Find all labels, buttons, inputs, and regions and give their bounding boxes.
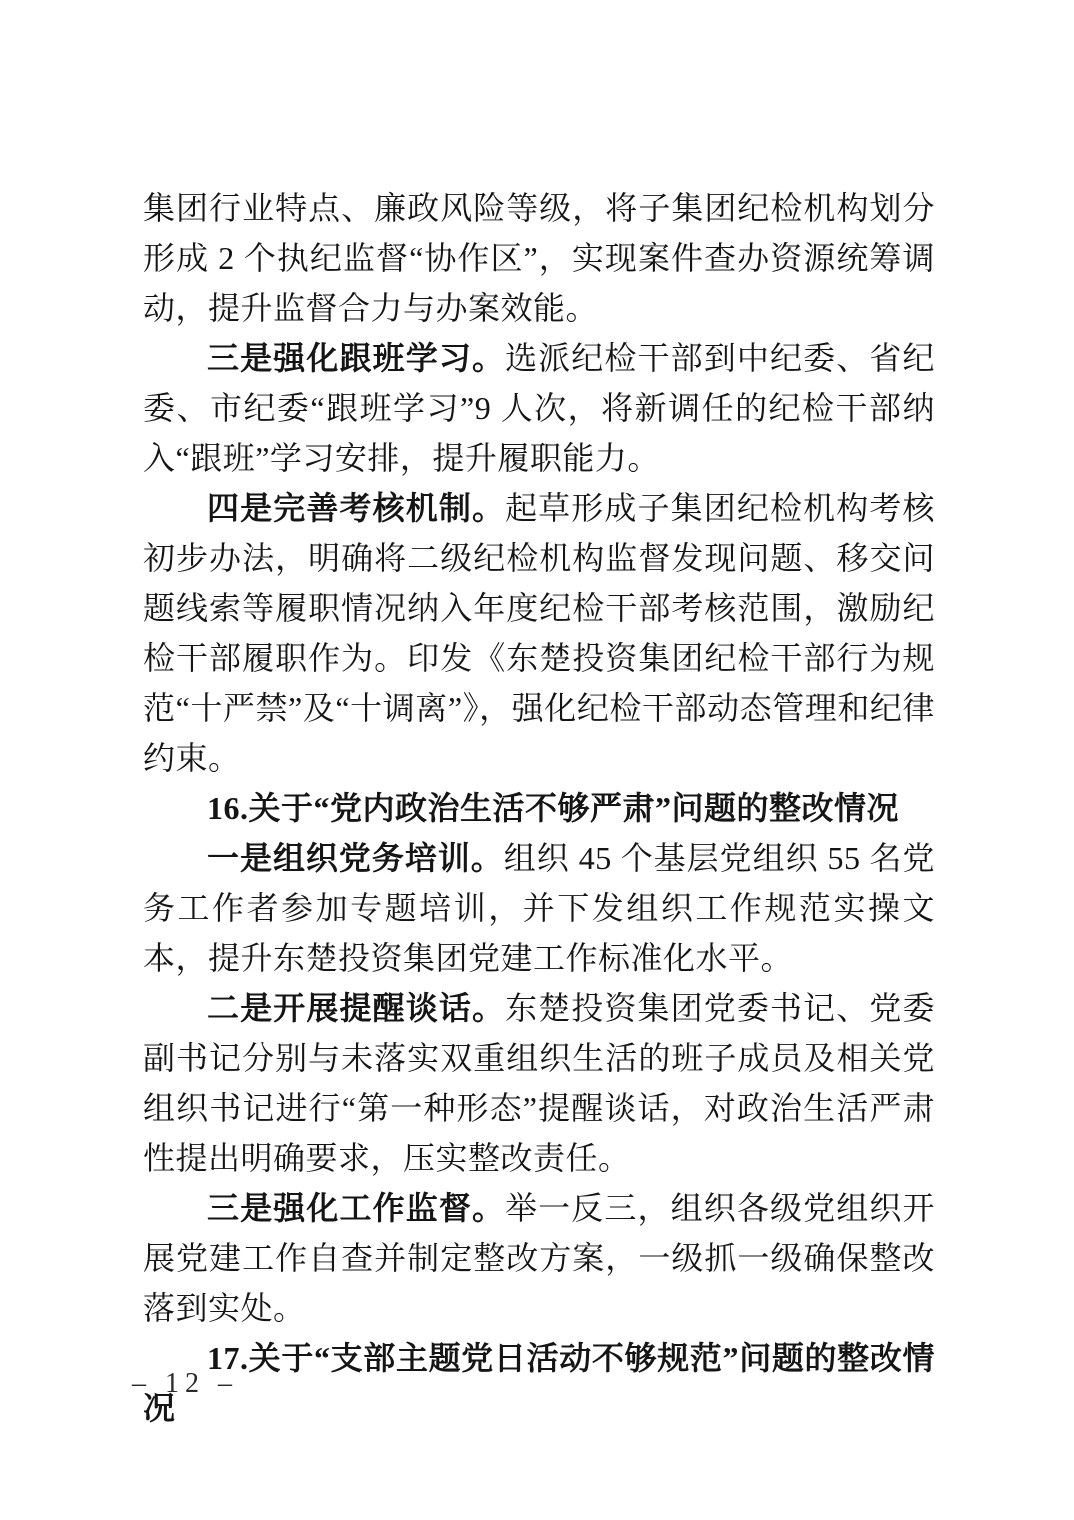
paragraph: 四是完善考核机制。起草形成子集团纪检机构考核初步办法，明确将二级纪检机构监督发现… — [143, 483, 935, 783]
paragraph: 一是组织党务培训。组织 45 个基层党组织 55 名党务工作者参加专题培训，并下… — [143, 833, 935, 983]
paragraph-text: 起草形成子集团纪检机构考核初步办法，明确将二级纪检机构监督发现问题、移交问题线索… — [143, 490, 935, 776]
paragraph: 三是强化跟班学习。选派纪检干部到中纪委、省纪委、市纪委“跟班学习”9 人次，将新… — [143, 333, 935, 483]
paragraph: 三是强化工作监督。举一反三，组织各级党组织开展党建工作自查并制定整改方案，一级抓… — [143, 1183, 935, 1333]
section-heading: 16.关于“党内政治生活不够严肃”问题的整改情况 — [143, 783, 935, 833]
paragraph-lead: 二是开展提醒谈话。 — [207, 990, 505, 1026]
paragraph-lead: 四是完善考核机制。 — [207, 490, 505, 526]
document-body: 集团行业特点、廉政风险等级，将子集团纪检机构划分形成 2 个执纪监督“协作区”，… — [143, 183, 935, 1433]
paragraph-lead: 一是组织党务培训。 — [207, 840, 504, 876]
section-heading-text: 17.关于“支部主题党日活动不够规范”问题的整改情况 — [143, 1340, 935, 1426]
document-page: 集团行业特点、廉政风险等级，将子集团纪检机构划分形成 2 个执纪监督“协作区”，… — [0, 0, 1074, 1520]
paragraph-lead: 三是强化跟班学习。 — [207, 340, 505, 376]
section-heading-text: 16.关于“党内政治生活不够严肃”问题的整改情况 — [207, 790, 899, 826]
paragraph-lead: 三是强化工作监督。 — [207, 1190, 505, 1226]
section-heading: 17.关于“支部主题党日活动不够规范”问题的整改情况 — [143, 1333, 935, 1433]
paragraph-text: 集团行业特点、廉政风险等级，将子集团纪检机构划分形成 2 个执纪监督“协作区”，… — [143, 190, 935, 326]
paragraph: 集团行业特点、廉政风险等级，将子集团纪检机构划分形成 2 个执纪监督“协作区”，… — [143, 183, 935, 333]
paragraph: 二是开展提醒谈话。东楚投资集团党委书记、党委副书记分别与未落实双重组织生活的班子… — [143, 983, 935, 1183]
page-number: – 12 – — [132, 1368, 238, 1400]
